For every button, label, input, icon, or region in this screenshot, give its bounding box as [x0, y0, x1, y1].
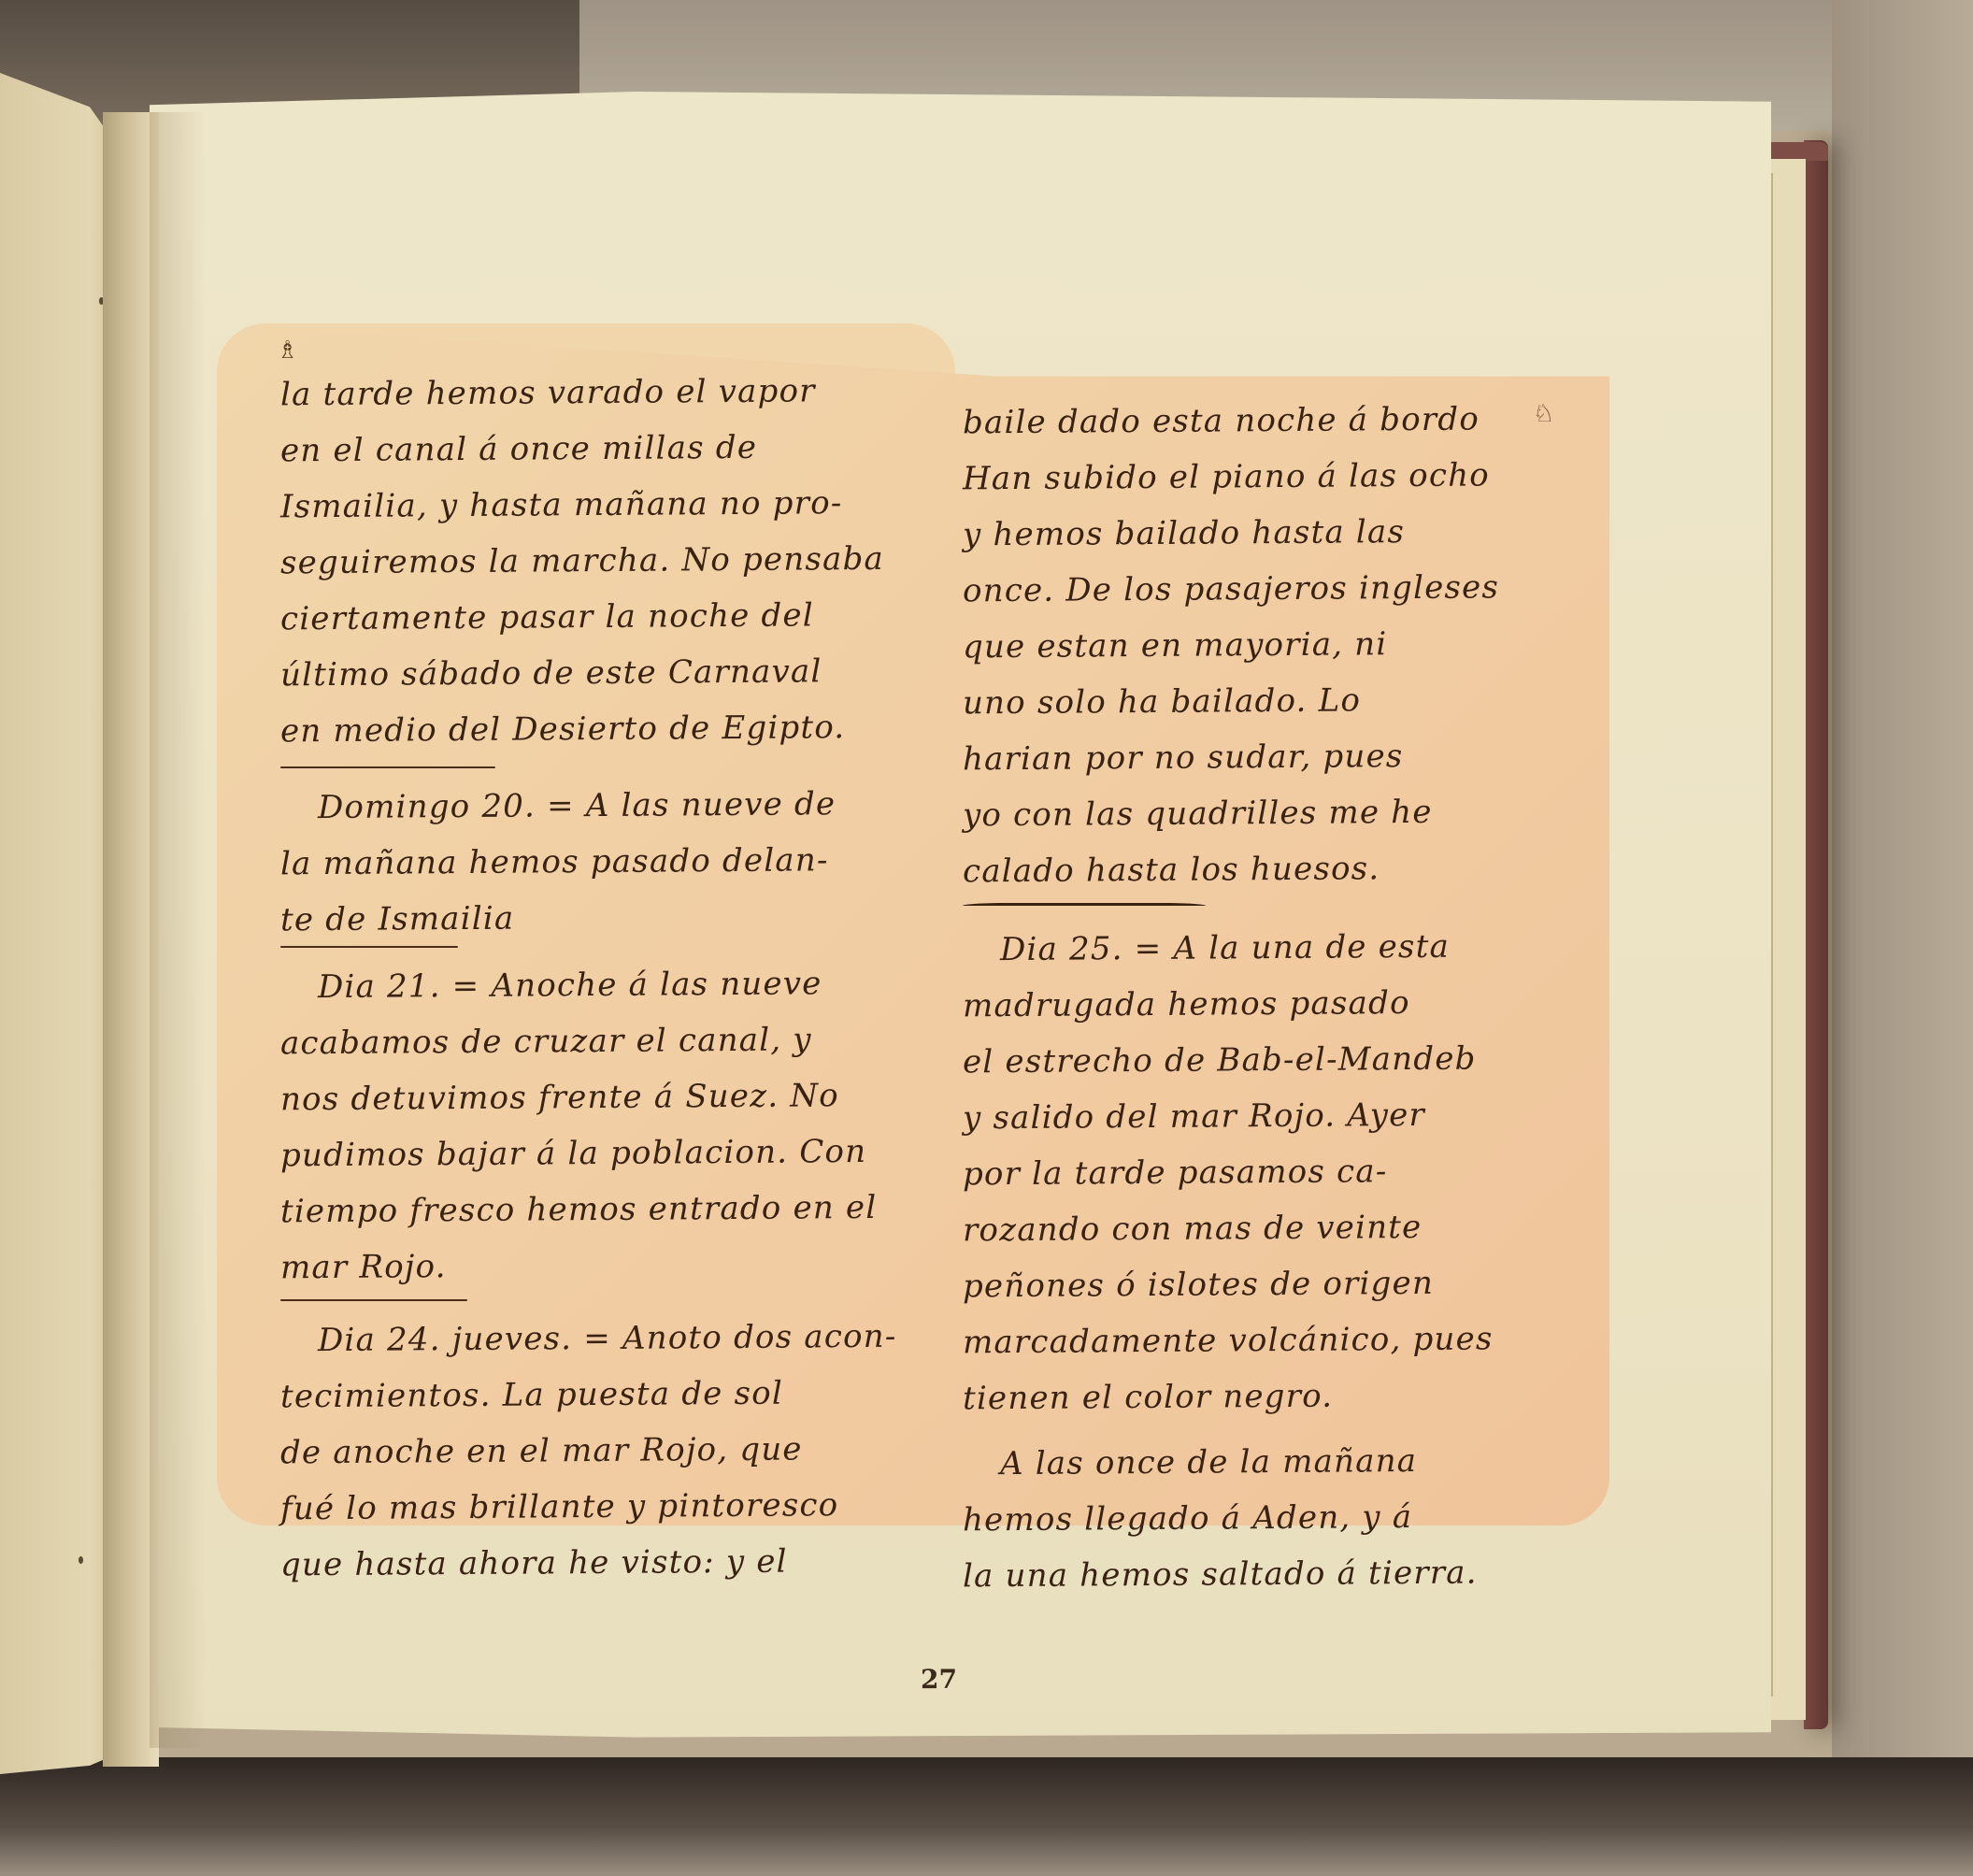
ms-line: fué lo mas brillante y pintoresco	[280, 1477, 916, 1538]
entry-paragraph-aden: A las once de la mañana	[963, 1432, 1598, 1493]
ms-line: yo con las quadrilles me he	[963, 783, 1598, 844]
ms-line: calado hasta los huesos.	[963, 839, 1598, 900]
page-speck	[79, 1556, 83, 1564]
ms-line: tienen el color negro.	[963, 1367, 1598, 1427]
ms-line: y hemos bailado hasta las	[963, 503, 1598, 564]
ms-line: te de Ismailia	[280, 888, 916, 949]
ms-line: de anoche en el mar Rojo, que	[280, 1421, 916, 1482]
manuscript-right-column: baile dado esta noche á bordo Han subido…	[963, 393, 1598, 1602]
page-number: 27	[921, 1664, 957, 1695]
gutter-shade	[150, 112, 206, 1748]
ms-line: madrugada hemos pasado	[963, 974, 1598, 1035]
ms-line: y salido del mar Rojo. Ayer	[963, 1086, 1598, 1147]
ms-line: último sábado de este Carnaval	[280, 643, 916, 704]
ms-line: once. De los pasajeros ingleses	[963, 559, 1598, 620]
manuscript-left-column: la tarde hemos varado el vapor en el can…	[280, 365, 916, 1591]
ms-line: tecimientos. La puesta de sol	[280, 1365, 916, 1425]
entry-divider	[963, 901, 1598, 914]
ornament-left-icon: ♗	[277, 337, 298, 365]
ms-line: la tarde hemos varado el vapor	[280, 363, 916, 423]
ms-line: acabamos de cruzar el canal, y	[280, 1011, 916, 1072]
ms-line: la una hemos saltado á tierra.	[963, 1544, 1598, 1605]
backdrop-right	[1832, 0, 1973, 1876]
ms-line: en el canal á once millas de	[280, 419, 916, 480]
entry-heading-dia-24: Dia 24. jueves. = Anoto dos acon-	[280, 1309, 916, 1369]
ms-line: baile dado esta noche á bordo	[963, 391, 1598, 451]
ms-line: hemos llegado á Aden, y á	[963, 1488, 1598, 1549]
ms-line: en medio del Desierto de Egipto.	[280, 699, 916, 760]
ms-line: mar Rojo.	[280, 1236, 916, 1296]
ms-line: Ismailia, y hasta mañana no pro-	[280, 475, 916, 536]
entry-heading-dia-21: Dia 21. = Anoche á las nueve	[280, 955, 916, 1016]
ms-line: nos detuvimos frente á Suez. No	[280, 1067, 916, 1128]
ms-line: por la tarde pasamos ca-	[963, 1142, 1598, 1203]
ms-line: Han subido el piano á las ocho	[963, 447, 1598, 508]
ms-line: peñones ó islotes de origen	[963, 1254, 1598, 1315]
entry-heading-domingo-20: Domingo 20. = A las nueve de	[280, 776, 916, 837]
ms-line: seguiremos la marcha. No pensaba	[280, 531, 916, 592]
ms-line: harian por no sudar, pues	[963, 727, 1598, 788]
ms-line: uno solo ha bailado. Lo	[963, 671, 1598, 732]
book-cover-edge	[1804, 140, 1828, 1729]
ms-line: rozando con mas de veinte	[963, 1198, 1598, 1259]
ms-line: que hasta ahora he visto: y el	[280, 1533, 916, 1594]
ms-line: la mañana hemos pasado delan-	[280, 832, 916, 893]
ms-line: marcadamente volcánico, pues	[963, 1310, 1598, 1371]
ms-line: que estan en mayoria, ni	[963, 615, 1598, 676]
backdrop-bottom	[0, 1757, 1973, 1876]
ms-line: pudimos bajar á la poblacion. Con	[280, 1124, 916, 1184]
entry-heading-dia-25: Dia 25. = A la una de esta	[963, 918, 1598, 979]
ms-line: tiempo fresco hemos entrado en el	[280, 1180, 916, 1240]
ms-line: el estrecho de Bab-el-Mandeb	[963, 1030, 1598, 1091]
ms-line: ciertamente pasar la noche del	[280, 587, 916, 648]
